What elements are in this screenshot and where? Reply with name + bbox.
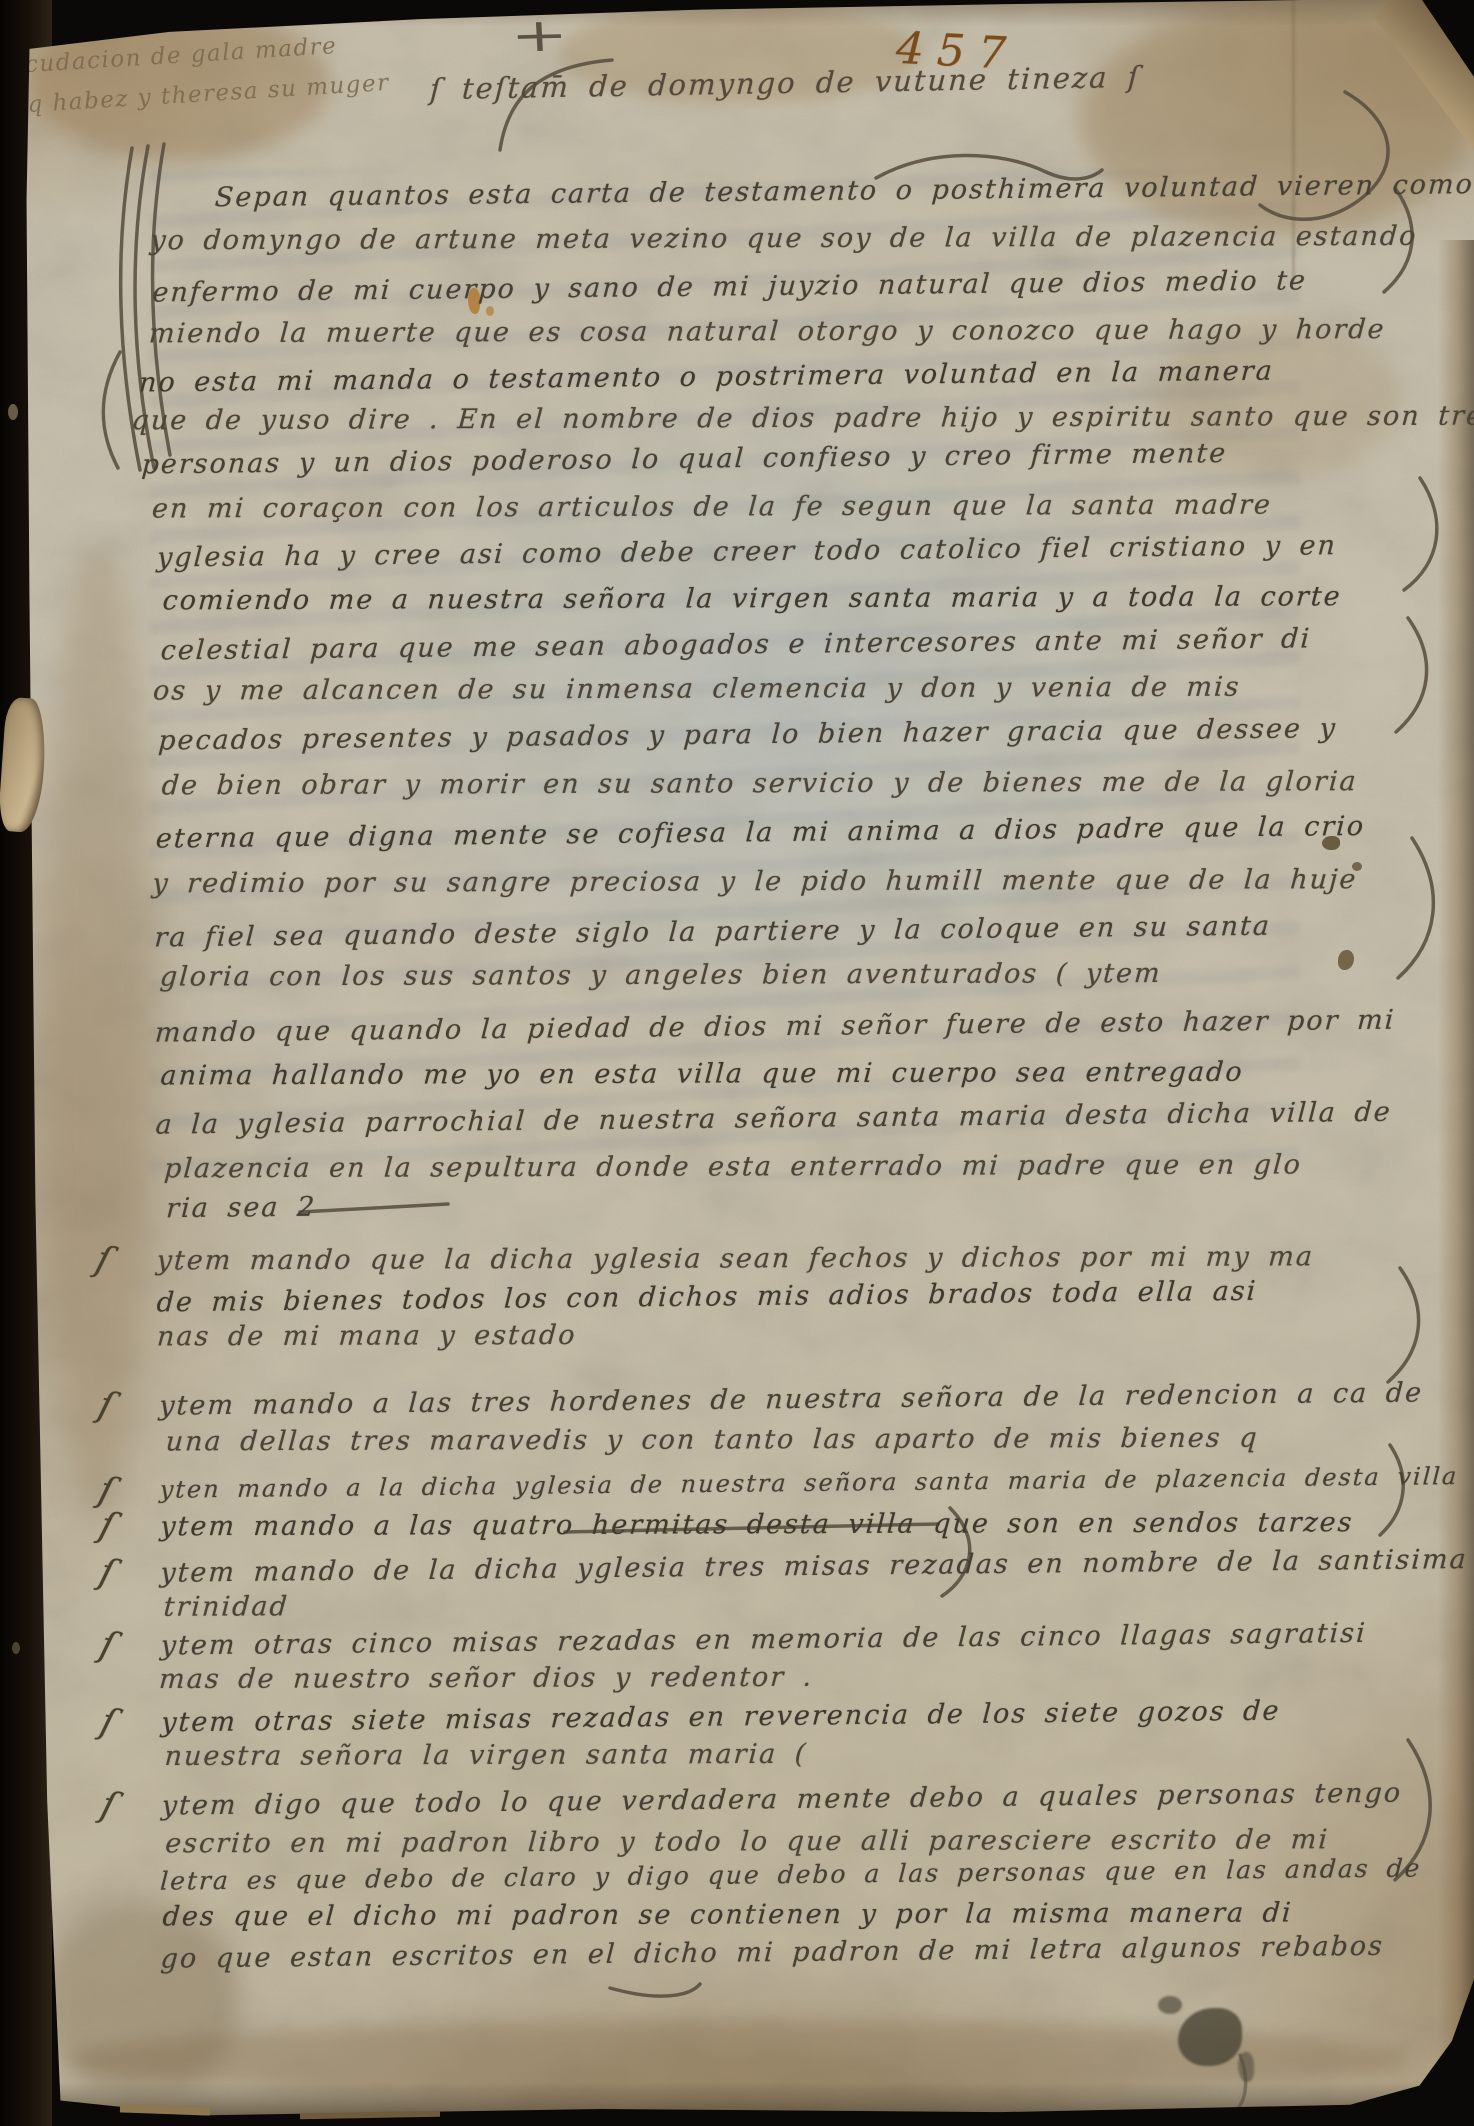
manuscript-text-line: ria sea 2 xyxy=(165,1192,317,1225)
line-text: ra fiel sea quando deste siglo la partie… xyxy=(154,911,1272,954)
item-pilcrow-mark: ſ xyxy=(91,1239,115,1282)
line-text: ria sea 2 xyxy=(165,1192,317,1225)
manuscript-text-line: pecados presentes y pasados y para lo bi… xyxy=(157,713,1337,756)
line-text: mas de nuestro señor dios y redentor . xyxy=(158,1662,814,1695)
line-text: letra es que debo de claro y digo que de… xyxy=(159,1853,1422,1895)
manuscript-text-line: ſytem otras siete misas rezadas en rever… xyxy=(160,1696,1281,1739)
line-text: ytem digo que todo lo que verdadera ment… xyxy=(161,1778,1403,1822)
manuscript-text-line: go que estan escritos en el dicho mi pad… xyxy=(160,1931,1385,1975)
manuscript-text-line: ſytem mando que la dicha yglesia sean fe… xyxy=(156,1241,1315,1276)
line-text: ytem mando a las tres hordenes de nuestr… xyxy=(158,1377,1424,1421)
binding-speck xyxy=(12,1642,20,1654)
manuscript-text-line: de bien obrar y morir en su santo servic… xyxy=(161,766,1359,801)
item-pilcrow-mark: ſ xyxy=(97,1784,121,1827)
line-text: celestial para que me sean abogados e in… xyxy=(160,623,1312,666)
manuscript-text-line: en mi coraçon con los articulos de la fe… xyxy=(151,490,1273,525)
manuscript-text-line: ra fiel sea quando deste siglo la partie… xyxy=(154,911,1272,954)
photo-backdrop: Sepan quantos esta carta de testamento o… xyxy=(0,0,1474,2126)
manuscript-text-line: ſytem mando de la dicha yglesia tres mis… xyxy=(159,1544,1468,1589)
manuscript-text-line: celestial para que me sean abogados e in… xyxy=(160,623,1312,666)
manuscript-text-line: una dellas tres maravedis y con tanto la… xyxy=(165,1423,1260,1458)
manuscript-text-line: trinidad xyxy=(163,1591,290,1622)
manuscript-text-line: ſytem mando a las quatro hermitas desta … xyxy=(159,1507,1354,1542)
line-text: una dellas tres maravedis y con tanto la… xyxy=(165,1423,1260,1458)
line-text: que de yuso dire . En el nombre de dios … xyxy=(131,400,1474,436)
line-text: escrito en mi padron libro y todo lo que… xyxy=(164,1824,1330,1859)
manuscript-text-line: a la yglesia parrochial de nuestra señor… xyxy=(155,1097,1393,1141)
item-pilcrow-mark: ſ xyxy=(95,1551,119,1594)
manuscript-page: Sepan quantos esta carta de testamento o… xyxy=(0,0,1474,2126)
line-text: mando que quando la piedad de dios mi se… xyxy=(154,1005,1396,1049)
manuscript-text-line: ſytem mando a las tres hordenes de nuest… xyxy=(158,1377,1424,1421)
line-text: gloria con los sus santos y angeles bien… xyxy=(159,958,1163,993)
manuscript-text-line: anima hallando me yo en esta villa que m… xyxy=(160,1057,1245,1092)
manuscript-text-line: os y me alcancen de su inmensa clemencia… xyxy=(152,672,1241,707)
line-text: ytem otras siete misas rezadas en revere… xyxy=(160,1696,1281,1739)
line-text: en mi coraçon con los articulos de la fe… xyxy=(151,490,1273,525)
line-text: ytem mando de la dicha yglesia tres misa… xyxy=(159,1544,1468,1589)
line-text: pecados presentes y pasados y para lo bi… xyxy=(157,713,1337,756)
line-text: no esta mi manda o testamento o postrime… xyxy=(138,356,1275,399)
line-text: nuestra señora la virgen santa maria ( xyxy=(164,1739,809,1772)
line-text: os y me alcancen de su inmensa clemencia… xyxy=(152,672,1241,707)
line-text: trinidad xyxy=(163,1591,290,1622)
line-text: ytem otras cinco misas rezadas en memori… xyxy=(160,1618,1368,1662)
handwriting-layer: Sepan quantos esta carta de testamento o… xyxy=(0,0,1474,2126)
folio-number: 457 xyxy=(895,23,1020,80)
manuscript-text-line: des que el dicho mi padron se contienen … xyxy=(162,1897,1294,1932)
binding-speck xyxy=(8,404,18,420)
line-text: yglesia ha y cree asi como debe creer to… xyxy=(156,530,1338,573)
manuscript-text-line: escrito en mi padron libro y todo lo que… xyxy=(164,1824,1330,1859)
manuscript-text-line: plazencia en la sepultura donde esta ent… xyxy=(163,1149,1303,1184)
line-text: anima hallando me yo en esta villa que m… xyxy=(160,1057,1245,1092)
line-text: go que estan escritos en el dicho mi pad… xyxy=(160,1931,1385,1975)
paper-shard xyxy=(300,2111,440,2119)
manuscript-text-line: que de yuso dire . En el nombre de dios … xyxy=(131,400,1474,436)
line-text: Sepan quantos esta carta de testamento o… xyxy=(214,169,1474,213)
manuscript-text-line: yo domyngo de artune meta vezino que soy… xyxy=(149,221,1418,256)
line-text: eterna que digna mente se cofiesa la mi … xyxy=(155,811,1366,855)
line-text: a la yglesia parrochial de nuestra señor… xyxy=(155,1097,1393,1141)
line-text: des que el dicho mi padron se contienen … xyxy=(162,1897,1294,1932)
manuscript-text-line: mas de nuestro señor dios y redentor . xyxy=(158,1662,814,1695)
manuscript-text-line: no esta mi manda o testamento o postrime… xyxy=(138,356,1275,399)
manuscript-text-line: enfermo de mi cuerpo y sano de mi juyzio… xyxy=(152,265,1308,308)
line-text: enfermo de mi cuerpo y sano de mi juyzio… xyxy=(152,265,1308,308)
line-text: ytem mando que la dicha yglesia sean fec… xyxy=(156,1241,1315,1276)
invocation-cross: + xyxy=(509,7,570,62)
line-text: de bien obrar y morir en su santo servic… xyxy=(161,766,1359,801)
manuscript-text-line: ſyten mando a la dicha yglesia de nuestr… xyxy=(159,1462,1459,1504)
manuscript-text-line: personas y un dios poderoso lo qual conf… xyxy=(141,438,1229,480)
manuscript-text-line: eterna que digna mente se cofiesa la mi … xyxy=(155,811,1366,855)
line-text: y redimio por su sangre preciosa y le pi… xyxy=(151,864,1358,899)
manuscript-text-line: nuestra señora la virgen santa maria ( xyxy=(164,1739,809,1772)
manuscript-text-line: yglesia ha y cree asi como debe creer to… xyxy=(156,530,1338,573)
manuscript-text-line: comiendo me a nuestra señora la virgen s… xyxy=(162,581,1343,616)
line-text: nas de mi mana y estado xyxy=(156,1320,577,1352)
item-pilcrow-mark: ſ xyxy=(94,1384,118,1427)
line-text: personas y un dios poderoso lo qual conf… xyxy=(141,438,1229,480)
manuscript-text-line: y redimio por su sangre preciosa y le pi… xyxy=(151,864,1358,899)
line-text: comiendo me a nuestra señora la virgen s… xyxy=(162,581,1343,616)
manuscript-text-line: Sepan quantos esta carta de testamento o… xyxy=(214,169,1474,213)
line-text: miendo la muerte que es cosa natural oto… xyxy=(148,314,1387,349)
manuscript-text-line: nas de mi mana y estado xyxy=(156,1320,577,1352)
line-text: yten mando a la dicha yglesia de nuestra… xyxy=(159,1462,1459,1504)
dog-ear-corner xyxy=(1356,0,1474,175)
line-text: plazencia en la sepultura donde esta ent… xyxy=(163,1149,1303,1184)
manuscript-text-line: ſytem otras cinco misas rezadas en memor… xyxy=(160,1618,1368,1662)
manuscript-text-line: letra es que debo de claro y digo que de… xyxy=(159,1853,1422,1895)
manuscript-text-line: gloria con los sus santos y angeles bien… xyxy=(159,958,1163,993)
item-pilcrow-mark: ſ xyxy=(96,1624,120,1667)
line-text: de mis bienes todos los con dichos mis a… xyxy=(156,1276,1258,1319)
manuscript-text-line: miendo la muerte que es cosa natural oto… xyxy=(148,314,1387,349)
item-pilcrow-mark: ſ xyxy=(95,1505,119,1548)
manuscript-text-line: ſytem digo que todo lo que verdadera men… xyxy=(161,1778,1403,1822)
item-pilcrow-mark: ſ xyxy=(96,1701,120,1744)
line-text: yo domyngo de artune meta vezino que soy… xyxy=(149,221,1418,256)
manuscript-text-line: mando que quando la piedad de dios mi se… xyxy=(154,1005,1396,1049)
manuscript-text-line: de mis bienes todos los con dichos mis a… xyxy=(156,1276,1258,1319)
line-text: ytem mando a las quatro hermitas desta v… xyxy=(159,1507,1354,1542)
